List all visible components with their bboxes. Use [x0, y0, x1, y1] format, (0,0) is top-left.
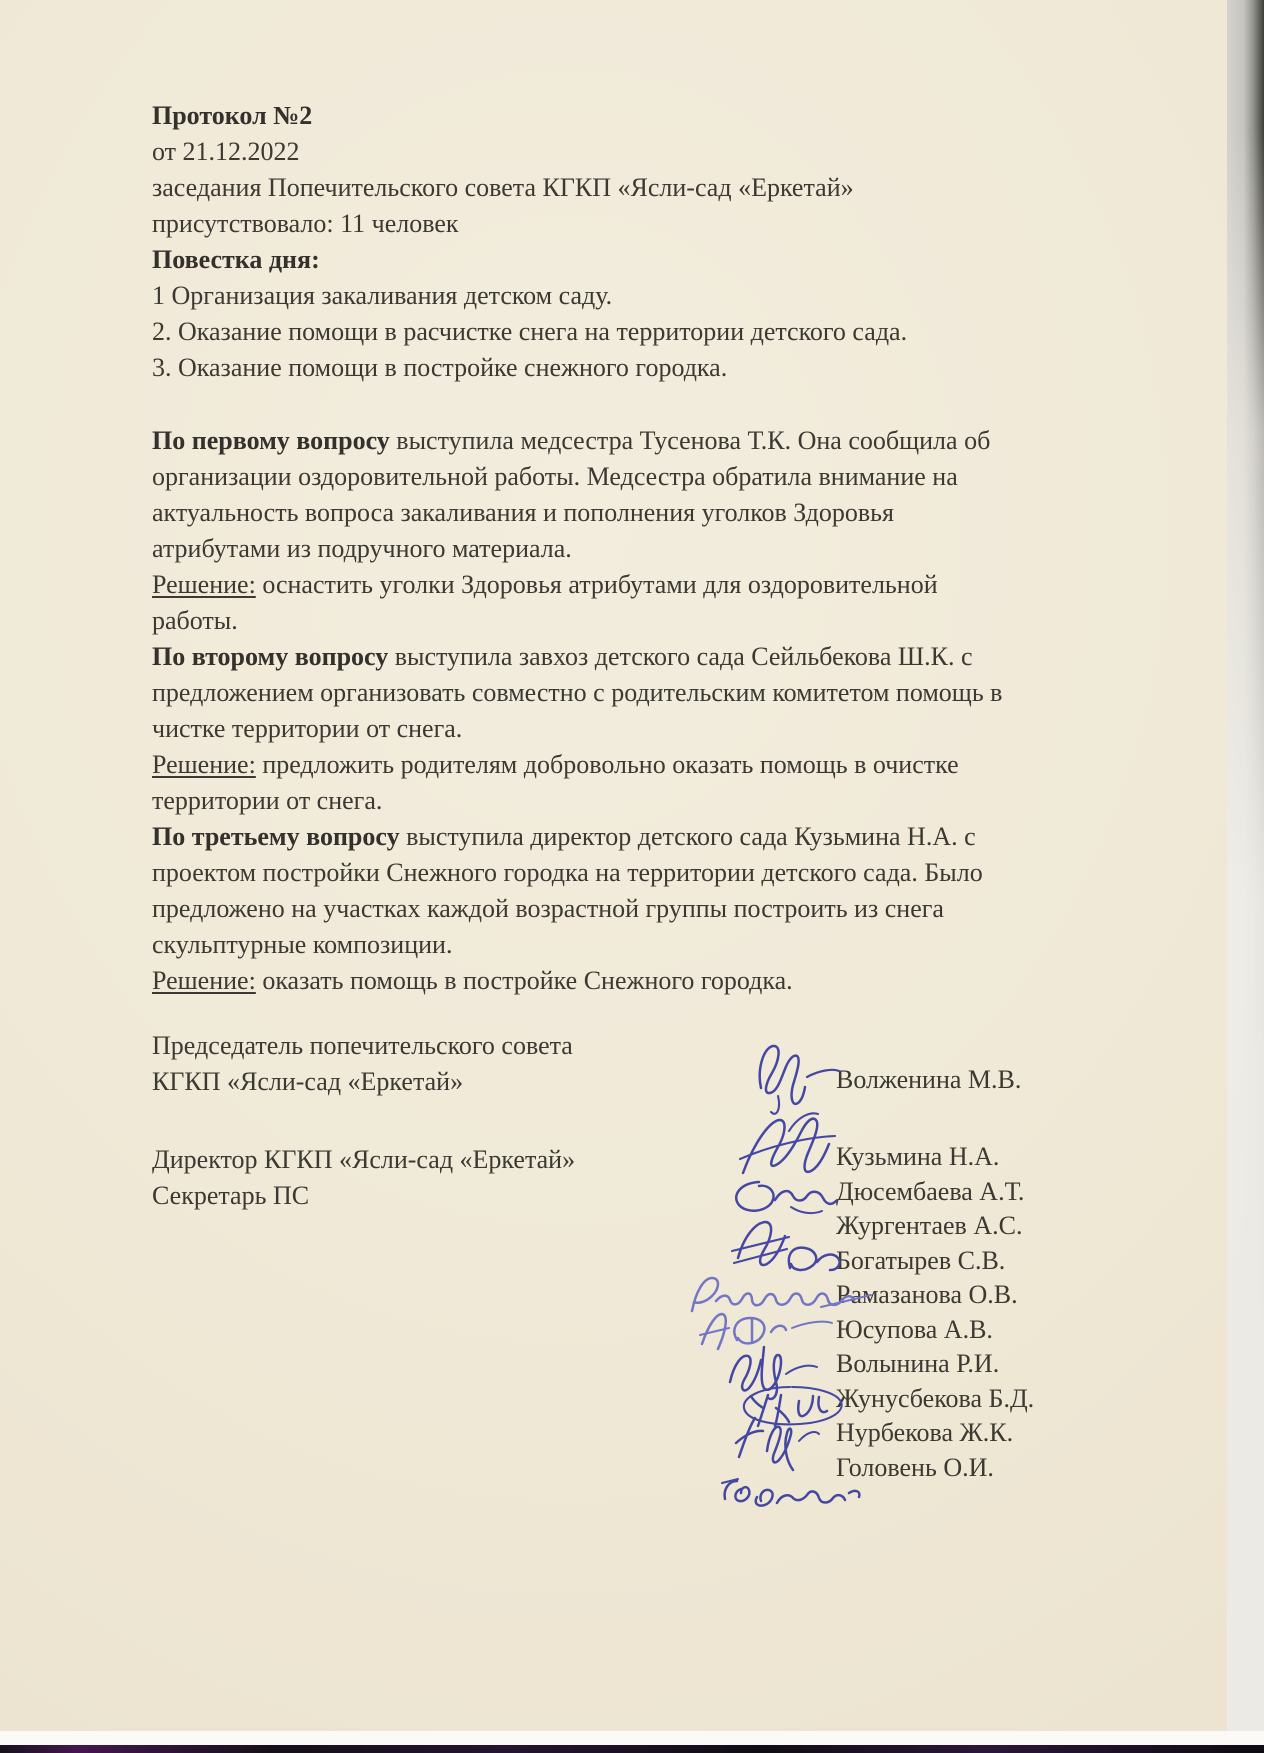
scanned-protocol-page: Протокол №2 от 21.12.2022 заседания Попе…: [0, 0, 1264, 1753]
q3-line-1: По третьему вопросу выступила директор д…: [152, 819, 1112, 855]
blank-gap: [152, 999, 1112, 1028]
doc-date: от 21.12.2022: [152, 134, 1112, 170]
q3-decision-label: Решение:: [152, 966, 256, 995]
q3-decision-rest: оказать помощь в постройке Снежного горо…: [256, 966, 793, 995]
q1-decision-label: Решение:: [152, 570, 256, 599]
q1-line-1: По первому вопросу выступила медсестра Т…: [152, 423, 1112, 459]
q1-line-3: актуальность вопроса закаливания и попол…: [152, 495, 1112, 531]
q2-lead-rest: выступила завхоз детского сада Сейльбеко…: [388, 642, 972, 671]
agenda-item-3: 3. Оказание помощи в постройке снежного …: [152, 350, 1112, 386]
signature-dyusembaeva: [736, 1182, 836, 1213]
q1-decision-rest: оснастить уголки Здоровья атрибутами для…: [256, 570, 938, 599]
agenda-item-1: 1 Организация закаливания детском саду.: [152, 278, 1112, 314]
agenda-heading: Повестка дня:: [152, 242, 1112, 278]
q3-line-3: предложено на участках каждой возрастной…: [152, 891, 1112, 927]
handwritten-signatures-overlay: [640, 1010, 940, 1530]
signature-volynina: [730, 1347, 817, 1399]
doc-meeting-line: заседания Попечительского совета КГКП «Я…: [152, 170, 1112, 206]
document-body: Протокол №2 от 21.12.2022 заседания Попе…: [152, 98, 1112, 1214]
doc-title: Протокол №2: [152, 98, 1112, 134]
q3-decision-line-1: Решение: оказать помощь в постройке Снеж…: [152, 963, 1112, 999]
q2-decision-line-2: территории от снега.: [152, 783, 1112, 819]
q1-lead-rest: выступила медсестра Тусенова Т.К. Она со…: [390, 426, 991, 455]
q3-lead: По третьему вопросу: [152, 822, 400, 851]
signature-kuzmina: [740, 1113, 835, 1173]
q3-lead-rest: выступила директор детского сада Кузьмин…: [400, 822, 976, 851]
q3-line-4: скульптурные композиции.: [152, 927, 1112, 963]
q1-lead: По первому вопросу: [152, 426, 390, 455]
signature-goloven: [722, 1479, 859, 1506]
q2-lead: По второму вопросу: [152, 642, 388, 671]
q2-line-1: По второму вопросу выступила завхоз детс…: [152, 639, 1112, 675]
signature-volzhenina: [760, 1046, 839, 1114]
q2-decision-line-1: Решение: предложить родителям добровольн…: [152, 747, 1112, 783]
signature-bogatyrev: [732, 1222, 840, 1270]
signature-ramazanova: [692, 1278, 871, 1311]
q1-line-4: атрибутами из подручного материала.: [152, 531, 1112, 567]
doc-attendance-line: присутствовало: 11 человек: [152, 206, 1112, 242]
signature-yusupova: [700, 1314, 832, 1349]
signature-nurbekova: [736, 1418, 819, 1470]
blank-gap: [152, 1100, 1112, 1142]
signature-zhunusbekova: [744, 1387, 842, 1426]
q1-line-2: организации оздоровительной работы. Медс…: [152, 459, 1112, 495]
blank-line: [152, 386, 1112, 423]
scan-edge-bottom-dark: [0, 1745, 1264, 1753]
q2-decision-label: Решение:: [152, 750, 256, 779]
q2-line-2: предложением организовать совместно с ро…: [152, 675, 1112, 711]
chair-role-line-1: Председатель попечительского совета: [152, 1028, 1112, 1064]
scan-edge-right-fade: [1227, 0, 1264, 1753]
scan-edge-bottom-white: [0, 1731, 1264, 1745]
q3-line-2: проектом постройки Снежного городка на т…: [152, 855, 1112, 891]
q1-decision-line-1: Решение: оснастить уголки Здоровья атриб…: [152, 567, 1112, 603]
agenda-item-2: 2. Оказание помощи в расчистке снега на …: [152, 314, 1112, 350]
q2-decision-rest: предложить родителям добровольно оказать…: [256, 750, 959, 779]
q2-line-3: чистке территории от снега.: [152, 711, 1112, 747]
q1-decision-line-2: работы.: [152, 603, 1112, 639]
